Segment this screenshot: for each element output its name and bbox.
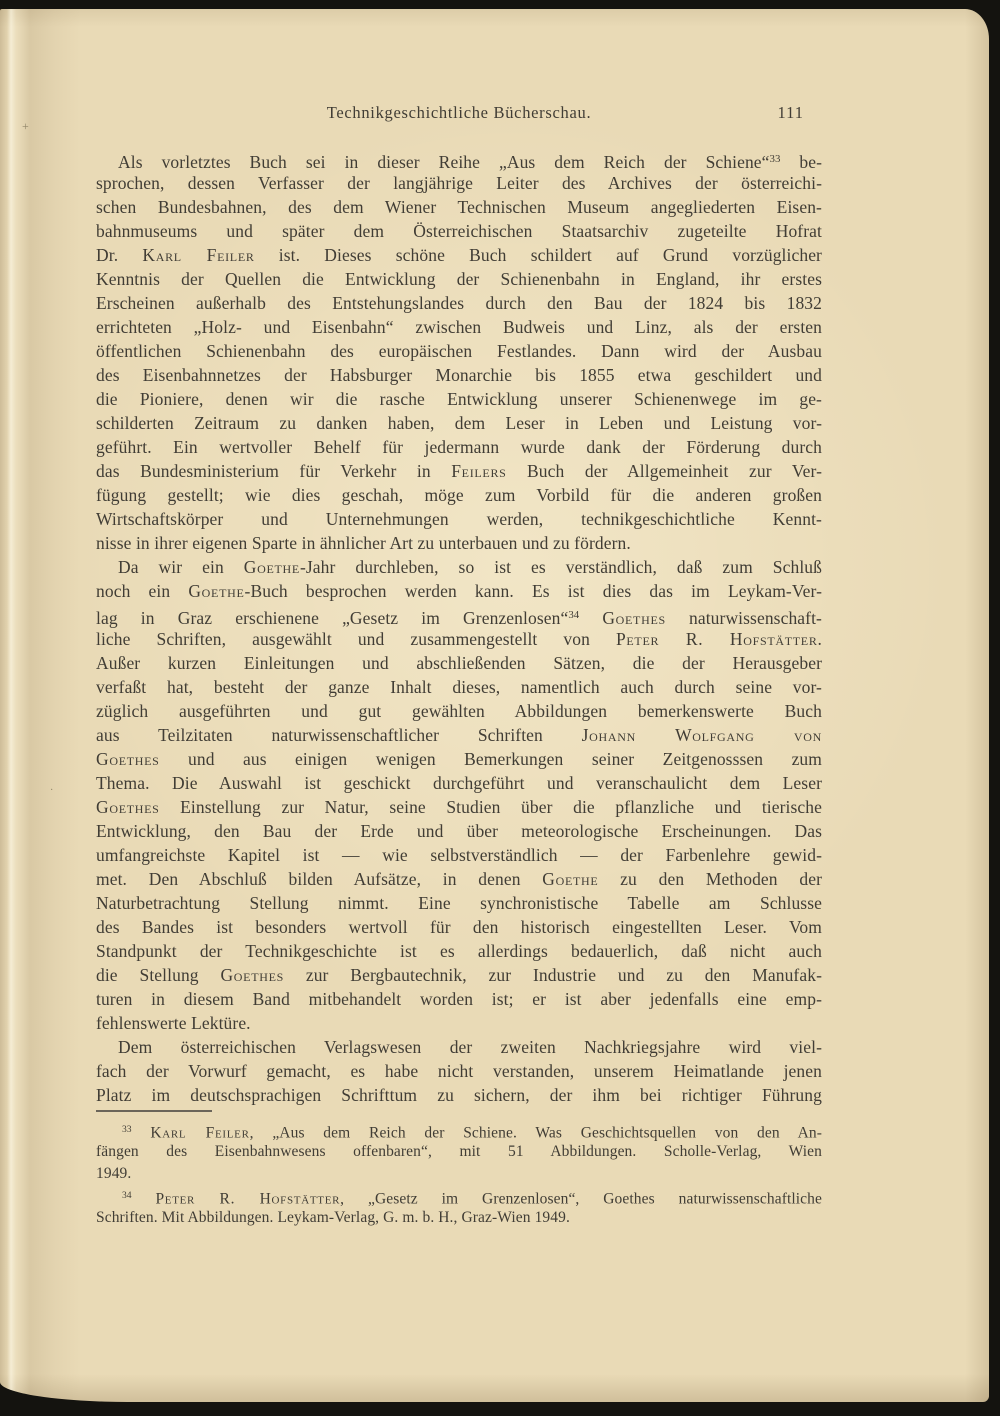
text-segment: Buch der Allgemeinheit zur Ver- xyxy=(507,461,822,481)
text-segment: und aus einigen wenigen Bemerkungen sein… xyxy=(160,749,822,769)
text-line: nisse in ihrer eigenen Sparte in ähnlich… xyxy=(96,531,822,555)
text-line: Da wir ein Goethe-Jahr durchleben, so is… xyxy=(96,555,822,579)
text-segment: umfangreichste Kapitel ist — wie selbstv… xyxy=(96,845,822,865)
text-segment: Kenntnis der Quellen die Entwicklung der… xyxy=(96,269,822,289)
text-segment: , „Gesetz im Grenzenlosen“, Goethes natu… xyxy=(340,1190,822,1207)
text-line: errichteten „Holz- und Eisenbahn“ zwisch… xyxy=(96,315,822,339)
running-header-title: Technikgeschichtliche Bücherschau. xyxy=(96,103,822,123)
text-segment: Schriften. Mit Abbildungen. Leykam-Verla… xyxy=(96,1209,570,1226)
text-segment: be- xyxy=(780,152,822,172)
small-caps-name: Goethe xyxy=(542,869,598,889)
text-line: die Pioniere, denen wir die rasche Entwi… xyxy=(96,387,822,411)
margin-mark: · xyxy=(50,785,53,796)
small-caps-name: Goethes xyxy=(96,749,160,769)
text-line: Erscheinen außerhalb des Entstehungsland… xyxy=(96,291,822,315)
footnote-marker: 33 xyxy=(122,1124,132,1135)
small-caps-name: Goethes xyxy=(96,797,160,817)
text-line: umfangreichste Kapitel ist — wie selbstv… xyxy=(96,843,822,867)
small-caps-name: Karl Feiler xyxy=(150,1124,249,1141)
small-caps-name: Goethe xyxy=(188,581,244,601)
footnote-marker: 34 xyxy=(568,609,579,621)
text-segment: Außer kurzen Einleitungen und abschließe… xyxy=(96,653,822,673)
text-line: Dem österreichischen Verlagswesen der zw… xyxy=(96,1035,822,1059)
small-caps-name: Johann Wolfgang von xyxy=(582,725,822,745)
footnote-marker: 34 xyxy=(122,1190,132,1201)
text-line: 1949. xyxy=(96,1163,822,1185)
footnotes: 33 Karl Feiler, „Aus dem Reich der Schie… xyxy=(96,1119,822,1229)
text-line: verfaßt hat, besteht der ganze Inhalt di… xyxy=(96,675,822,699)
small-caps-name: Peter R. Hofstätter xyxy=(155,1190,340,1207)
text-segment: bahnmuseums und später dem Österreichisc… xyxy=(96,221,822,241)
running-header: Technikgeschichtliche Bücherschau. 111 xyxy=(96,103,822,125)
text-line: Kenntnis der Quellen die Entwicklung der… xyxy=(96,267,822,291)
text-line: turen in diesem Band mitbehandelt worden… xyxy=(96,987,822,1011)
text-segment xyxy=(132,1190,156,1207)
text-segment xyxy=(132,1124,151,1141)
text-segment: Dem österreichischen Verlagswesen der zw… xyxy=(118,1037,822,1057)
text-line: Entwicklung, den Bau der Erde und über m… xyxy=(96,819,822,843)
text-line: die Stellung Goethes zur Bergbautechnik,… xyxy=(96,963,822,987)
text-line: noch ein Goethe-Buch besprochen werden k… xyxy=(96,579,822,603)
text-segment: liche Schriften, ausgewählt und zusammen… xyxy=(96,629,616,649)
footnote-marker: 33 xyxy=(770,153,781,165)
text-segment: fach der Vorwurf gemacht, es habe nicht … xyxy=(96,1061,822,1081)
text-segment: zur Bergbautechnik, zur Industrie und zu… xyxy=(284,965,822,985)
text-line: fängen des Eisenbahnwesens offenbaren“, … xyxy=(96,1141,822,1163)
small-caps-name: Peter R. Hofstätter xyxy=(616,629,818,649)
text-line: fehlenswerte Lektüre. xyxy=(96,1011,822,1035)
text-line: Außer kurzen Einleitungen und abschließe… xyxy=(96,651,822,675)
body-text: Als vorletztes Buch sei in dieser Reihe … xyxy=(96,147,822,1107)
small-caps-name: Karl Feiler xyxy=(142,245,254,265)
text-line: Goethes und aus einigen wenigen Bemerkun… xyxy=(96,747,822,771)
text-segment: schen Bundesbahnen, des dem Wiener Techn… xyxy=(96,197,822,217)
margin-mark: + xyxy=(22,119,29,134)
text-line: sprochen, dessen Verfasser der langjähri… xyxy=(96,171,822,195)
page-number: 111 xyxy=(777,103,804,123)
text-line: Thema. Die Auswahl ist geschickt durchge… xyxy=(96,771,822,795)
small-caps-name: Goethes xyxy=(602,608,666,628)
paragraph: 33 Karl Feiler, „Aus dem Reich der Schie… xyxy=(96,1119,822,1185)
text-segment: Platz im deutschsprachigen Schrifttum zu… xyxy=(96,1085,822,1105)
text-line: Naturbetrachtung Stellung nimmt. Eine sy… xyxy=(96,891,822,915)
text-segment: Naturbetrachtung Stellung nimmt. Eine sy… xyxy=(96,893,822,913)
text-line: Schriften. Mit Abbildungen. Leykam-Verla… xyxy=(96,1207,822,1229)
small-caps-name: Goethe xyxy=(244,557,300,577)
text-segment: Erscheinen außerhalb des Entstehungsland… xyxy=(96,293,822,313)
text-line: schilderten Zeitraum zu danken haben, de… xyxy=(96,411,822,435)
scan-background: Technikgeschichtliche Bücherschau. 111 A… xyxy=(0,0,1000,1416)
text-line: 34 Peter R. Hofstätter, „Gesetz im Grenz… xyxy=(96,1185,822,1207)
text-line: Als vorletztes Buch sei in dieser Reihe … xyxy=(96,147,822,171)
text-line: 33 Karl Feiler, „Aus dem Reich der Schie… xyxy=(96,1119,822,1141)
text-line: Dr. Karl Feiler ist. Dieses schöne Buch … xyxy=(96,243,822,267)
text-segment: das Bundesministerium für Verkehr in xyxy=(96,461,451,481)
text-segment: die Stellung xyxy=(96,965,220,985)
text-segment: , „Aus dem Reich der Schiene. Was Geschi… xyxy=(250,1124,822,1141)
text-line: züglich ausgeführten und gut gewählten A… xyxy=(96,699,822,723)
text-segment: des Bandes ist besonders wertvoll für de… xyxy=(96,917,822,937)
text-line: Platz im deutschsprachigen Schrifttum zu… xyxy=(96,1083,822,1107)
text-line: liche Schriften, ausgewählt und zusammen… xyxy=(96,627,822,651)
footnote-separator xyxy=(96,1110,212,1112)
text-segment: fängen des Eisenbahnwesens offenbaren“, … xyxy=(96,1143,822,1160)
small-caps-name: Feilers xyxy=(451,461,506,481)
book-page: Technikgeschichtliche Bücherschau. 111 A… xyxy=(0,9,989,1402)
text-line: Goethes Einstellung zur Natur, seine Stu… xyxy=(96,795,822,819)
text-segment: ist. Dieses schöne Buch schildert auf Gr… xyxy=(255,245,822,265)
small-caps-name: Goethes xyxy=(220,965,284,985)
text-segment xyxy=(579,608,602,628)
text-segment: fehlenswerte Lektüre. xyxy=(96,1013,251,1033)
text-segment: nisse in ihrer eigenen Sparte in ähnlich… xyxy=(96,533,631,553)
text-segment: turen in diesem Band mitbehandelt worden… xyxy=(96,989,822,1009)
text-segment: Dr. xyxy=(96,245,142,265)
text-line: des Eisenbahnnetzes der Habsburger Monar… xyxy=(96,363,822,387)
text-segment: Thema. Die Auswahl ist geschickt durchge… xyxy=(96,773,822,793)
paragraph: Als vorletztes Buch sei in dieser Reihe … xyxy=(96,147,822,555)
text-line: öffentlichen Schienenbahn des europäisch… xyxy=(96,339,822,363)
text-line: Wirtschaftskörper und Unternehmungen wer… xyxy=(96,507,822,531)
text-segment: met. Den Abschluß bilden Aufsätze, in de… xyxy=(96,869,542,889)
text-line: fach der Vorwurf gemacht, es habe nicht … xyxy=(96,1059,822,1083)
text-segment: Standpunkt der Technikgeschichte ist es … xyxy=(96,941,822,961)
paragraph: Dem österreichischen Verlagswesen der zw… xyxy=(96,1035,822,1107)
text-segment: fügung gestellt; wie dies geschah, möge … xyxy=(96,485,822,505)
text-segment: züglich ausgeführten und gut gewählten A… xyxy=(96,701,822,721)
text-line: fügung gestellt; wie dies geschah, möge … xyxy=(96,483,822,507)
text-line: des Bandes ist besonders wertvoll für de… xyxy=(96,915,822,939)
text-line: Standpunkt der Technikgeschichte ist es … xyxy=(96,939,822,963)
text-segment: Entwicklung, den Bau der Erde und über m… xyxy=(96,821,822,841)
text-line: lag in Graz erschienene „Gesetz im Grenz… xyxy=(96,603,822,627)
text-line: geführt. Ein wertvoller Behelf für jeder… xyxy=(96,435,822,459)
text-segment: Als vorletztes Buch sei in dieser Reihe … xyxy=(118,152,770,172)
text-segment: Einstellung zur Natur, seine Studien übe… xyxy=(160,797,822,817)
text-segment: aus Teilzitaten naturwissenschaftlicher … xyxy=(96,725,582,745)
text-segment: des Eisenbahnnetzes der Habsburger Monar… xyxy=(96,365,822,385)
text-segment: öffentlichen Schienenbahn des europäisch… xyxy=(96,341,822,361)
text-segment: Wirtschaftskörper und Unternehmungen wer… xyxy=(96,509,822,529)
text-segment: -Jahr durchleben, so ist es verständlich… xyxy=(300,557,822,577)
text-segment: verfaßt hat, besteht der ganze Inhalt di… xyxy=(96,677,822,697)
text-line: bahnmuseums und später dem Österreichisc… xyxy=(96,219,822,243)
text-segment: schilderten Zeitraum zu danken haben, de… xyxy=(96,413,822,433)
text-segment: die Pioniere, denen wir die rasche Entwi… xyxy=(96,389,822,409)
text-segment: errichteten „Holz- und Eisenbahn“ zwisch… xyxy=(96,317,822,337)
text-segment: 1949. xyxy=(96,1165,131,1182)
text-line: das Bundesministerium für Verkehr in Fei… xyxy=(96,459,822,483)
paragraph: Da wir ein Goethe-Jahr durchleben, so is… xyxy=(96,555,822,1035)
text-line: aus Teilzitaten naturwissenschaftlicher … xyxy=(96,723,822,747)
text-segment: geführt. Ein wertvoller Behelf für jeder… xyxy=(96,437,822,457)
paragraph: 34 Peter R. Hofstätter, „Gesetz im Grenz… xyxy=(96,1185,822,1229)
text-segment: zu den Methoden der xyxy=(598,869,822,889)
text-segment: sprochen, dessen Verfasser der langjähri… xyxy=(96,173,822,193)
text-segment: -Buch besprochen werden kann. Es ist die… xyxy=(245,581,823,601)
text-segment: Da wir ein xyxy=(118,557,244,577)
text-line: schen Bundesbahnen, des dem Wiener Techn… xyxy=(96,195,822,219)
text-segment: naturwissenschaft- xyxy=(666,608,822,628)
text-segment: . xyxy=(818,629,822,649)
text-line: met. Den Abschluß bilden Aufsätze, in de… xyxy=(96,867,822,891)
text-segment: noch ein xyxy=(96,581,188,601)
text-segment: lag in Graz erschienene „Gesetz im Grenz… xyxy=(96,608,568,628)
